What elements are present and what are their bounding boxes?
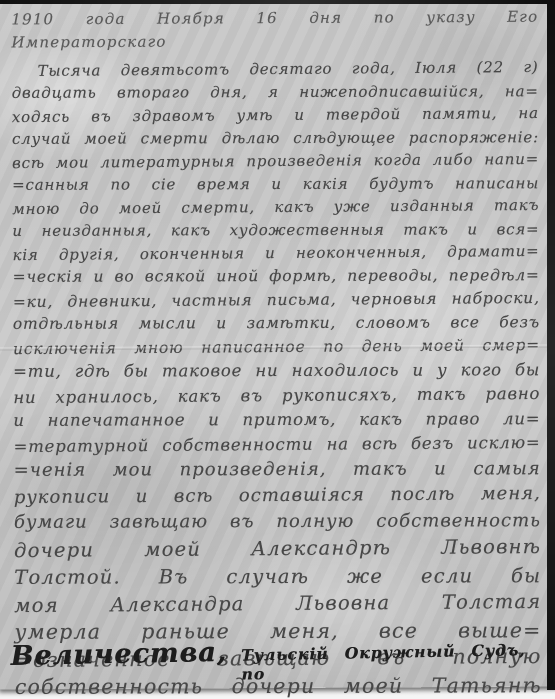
- manuscript-line: ни хранилось, какъ въ рукописяхъ, такъ р…: [13, 381, 540, 410]
- manuscript-line: =ченія мои произведенія, такъ и самыя: [14, 456, 541, 484]
- manuscript-line: =тературной собственности на всѣ безъ ис…: [13, 430, 540, 459]
- manuscript-line: ходясь въ здравомъ умѣ и твердой памяти,…: [12, 102, 539, 129]
- manuscript-line: кія другія, оконченныя и неоконченныя, д…: [12, 240, 539, 267]
- manuscript-lines: Тысяча девятьсотъ десятаго года, Іюля (2…: [12, 57, 542, 699]
- court-annotation-bottom: Величества, Тульскій Окружный Судъ, по: [10, 631, 526, 688]
- manuscript-line: отдѣльныя мысли и замѣтки, словомъ все б…: [13, 311, 540, 336]
- manuscript-line: =санныя по сіе время и какія будутъ напи…: [12, 172, 539, 197]
- photo-edge-top: [0, 0, 555, 4]
- manuscript-line: бумаги завѣщаю въ полную собственность: [14, 508, 541, 536]
- manuscript-line: =ти, гдѣ бы таковое ни находилось и у ко…: [13, 358, 540, 384]
- manuscript-line: Тысяча девятьсотъ десятаго года, Іюля (2…: [11, 56, 538, 83]
- manuscript-line: мною до моей смерти, какъ уже изданныя т…: [12, 194, 539, 221]
- manuscript-line: =ки, дневники, частныя письма, черновыя …: [13, 286, 540, 314]
- manuscript-photo: 1910 года Ноября 16 дня по указу Его Имп…: [0, 0, 555, 699]
- manuscript-line: двадцать втораго дня, я нижеподписавшійс…: [12, 80, 539, 105]
- manuscript-line: исключенія мною написанное по день моей …: [13, 333, 540, 361]
- manuscript-line: и неизданныя, какъ художественныя такъ и…: [12, 218, 539, 243]
- manuscript-line: моя Александра Львовна Толстая: [14, 588, 541, 620]
- photo-edge-right: [547, 0, 555, 690]
- manuscript-line: дочери моей Александрѣ Львовнѣ: [14, 533, 541, 565]
- court-annotation-bottom-large: Величества,: [10, 637, 227, 672]
- manuscript-line: случай моей смерти дѣлаю слѣдующее распо…: [12, 126, 539, 151]
- manuscript-line: всѣ мои литературныя произведенія когда …: [12, 148, 539, 175]
- court-annotation-top: 1910 года Ноября 16 дня по указу Его Имп…: [11, 6, 538, 55]
- manuscript-line: =ческія и во всякой иной формѣ, переводы…: [13, 264, 540, 289]
- manuscript-line: Толстой. Въ случаѣ же если бы: [14, 562, 541, 591]
- manuscript-line: рукописи и всѣ оставшіяся послѣ меня,: [14, 481, 541, 511]
- court-annotation-bottom-rest: Тульскій Окружный Судъ, по: [241, 640, 526, 683]
- manuscript-line: и напечатанное и притомъ, какъ право ли=: [13, 407, 540, 433]
- manuscript-paper: 1910 года Ноября 16 дня по указу Его Имп…: [0, 0, 555, 689]
